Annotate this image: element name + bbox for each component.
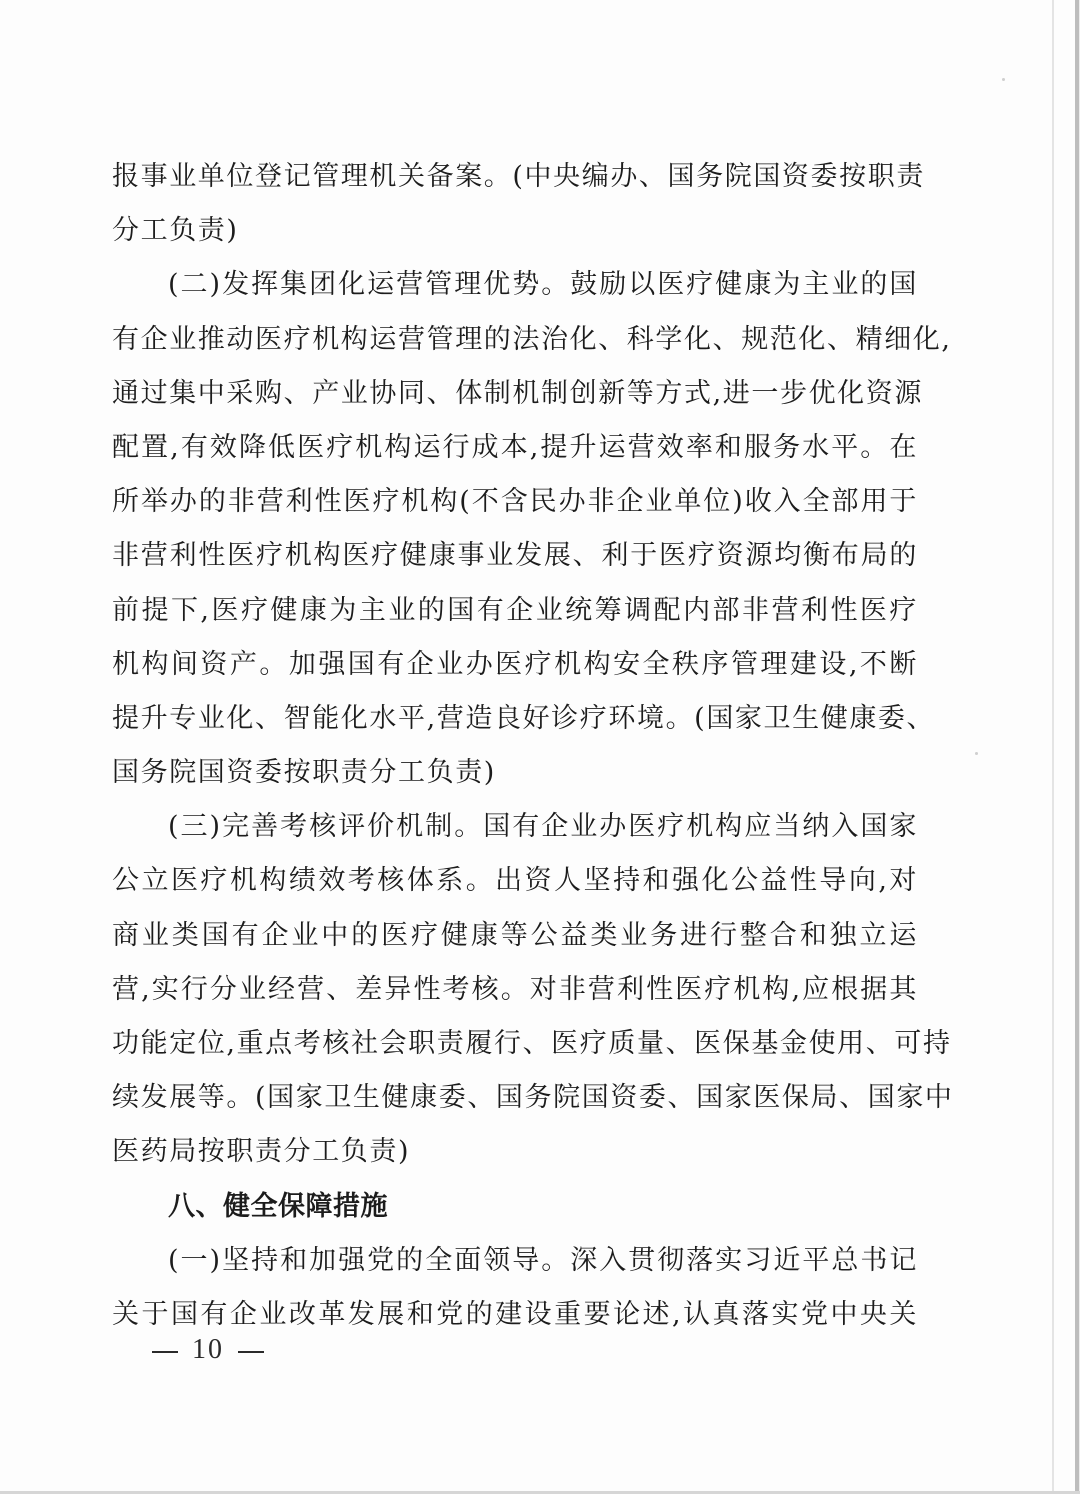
page-number-value: 10 <box>192 1334 224 1365</box>
text-line: 提升专业化、智能化水平,营造良好诊疗环境。(国家卫生健康委、 <box>112 692 918 746</box>
text-line: 国务院国资委按职责分工负责) <box>112 746 918 800</box>
dash-right <box>238 1351 264 1353</box>
text-line: 报事业单位登记管理机关备案。(中央编办、国务院国资委按职责 <box>112 150 918 204</box>
text-line: 商业类国有企业中的医疗健康等公益类业务进行整合和独立运 <box>112 909 918 963</box>
subsection-1-heading-line: (一)坚持和加强党的全面领导。深入贯彻落实习近平总书记 <box>112 1234 918 1288</box>
scan-speck <box>1002 78 1005 81</box>
text-line: 公立医疗机构绩效考核体系。出资人坚持和强化公益性导向,对 <box>112 854 918 908</box>
page-number: 10 <box>152 1334 278 1366</box>
text-line: 营,实行分业经营、差异性考核。对非营利性医疗机构,应根据其 <box>112 963 918 1017</box>
text-line: 有企业推动医疗机构运营管理的法治化、科学化、规范化、精细化, <box>112 313 918 367</box>
text-line: 医药局按职责分工负责) <box>112 1125 918 1179</box>
text-line: 前提下,医疗健康为主业的国有企业统筹调配内部非营利性医疗 <box>112 584 918 638</box>
scan-speck <box>975 752 978 755</box>
section-3-heading-line: (三)完善考核评价机制。国有企业办医疗机构应当纳入国家 <box>112 800 918 854</box>
scan-edge-line <box>1052 0 1054 1494</box>
document-page: 报事业单位登记管理机关备案。(中央编办、国务院国资委按职责 分工负责) (二)发… <box>0 0 1080 1494</box>
text-line: 通过集中采购、产业协同、体制机制创新等方式,进一步优化资源 <box>112 367 918 421</box>
text-line: 功能定位,重点考核社会职责履行、医疗质量、医保基金使用、可持 <box>112 1017 918 1071</box>
text-line: 续发展等。(国家卫生健康委、国务院国资委、国家医保局、国家中 <box>112 1071 918 1125</box>
text-line: 分工负责) <box>112 204 918 258</box>
text-line: 机构间资产。加强国有企业办医疗机构安全秩序管理建设,不断 <box>112 638 918 692</box>
text-line: 所举办的非营利性医疗机构(不含民办非企业单位)收入全部用于 <box>112 475 918 529</box>
dash-left <box>152 1351 178 1353</box>
text-line: 非营利性医疗机构医疗健康事业发展、利于医疗资源均衡布局的 <box>112 529 918 583</box>
section-2-heading-line: (二)发挥集团化运营管理优势。鼓励以医疗健康为主业的国 <box>112 258 918 312</box>
document-body: 报事业单位登记管理机关备案。(中央编办、国务院国资委按职责 分工负责) (二)发… <box>112 150 918 1342</box>
text-line: 配置,有效降低医疗机构运行成本,提升运营效率和服务水平。在 <box>112 421 918 475</box>
chapter-heading: 八、健全保障措施 <box>112 1180 918 1234</box>
